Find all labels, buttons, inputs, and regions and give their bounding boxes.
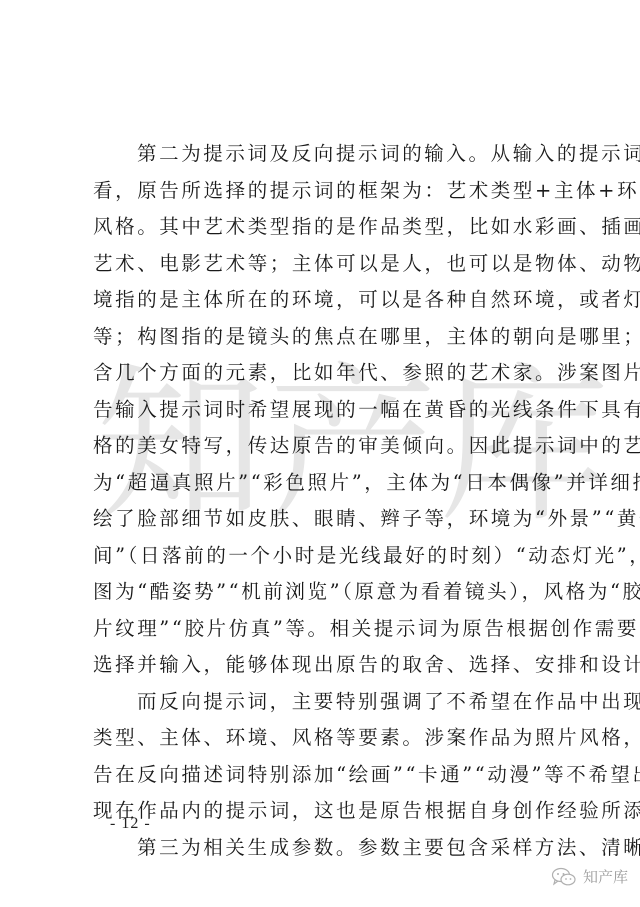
text-line: 告输入提示词时希望展现的一幅在黄昏的光线条件下具有摄影风 xyxy=(93,392,599,429)
text-line: 看，原告所选择的提示词的框架为：艺术类型+主体+环境+构图+ xyxy=(93,173,599,210)
text-line: 等；构图指的是镜头的焦点在哪里，主体的朝向是哪里；风格包 xyxy=(93,319,599,356)
text-line: 图为“酷姿势”“机前浏览”（原意为看着镜头），风格为“胶 xyxy=(93,574,599,611)
text-line: 间”（日落前的一个小时是光线最好的时刻）“动态灯光”，构 xyxy=(93,538,599,575)
paragraph-prompt-input: 第二为提示词及反向提示词的输入。从输入的提示词词汇来 看，原告所选择的提示词的框… xyxy=(93,136,603,684)
text-line: 格的美女特写，传达原告的审美倾向。因此提示词中的艺术类型 xyxy=(93,428,599,465)
document-page: 知产库 第二为提示词及反向提示词的输入。从输入的提示词词汇来 看，原告所选择的提… xyxy=(0,0,640,907)
paragraph-negative-prompt: 而反向提示词，主要特别强调了不希望在作品中出现的艺术 类型、主体、环境、风格等要… xyxy=(93,684,603,830)
text-line: 含几个方面的元素，比如年代、参照的艺术家。涉案图片中，原 xyxy=(93,355,599,392)
text-line: 境指的是主体所在的环境，可以是各种自然环境，或者灯光效果 xyxy=(93,282,599,319)
footer-brand-label: 知产库 xyxy=(583,866,628,887)
text-line: 告在反向描述词特别添加“绘画”“卡通”“动漫”等不希望出 xyxy=(93,757,599,794)
wechat-icon xyxy=(551,867,577,887)
body-text: 第二为提示词及反向提示词的输入。从输入的提示词词汇来 看，原告所选择的提示词的框… xyxy=(93,136,603,866)
text-line: 类型、主体、环境、风格等要素。涉案作品为照片风格，因此原 xyxy=(93,720,599,757)
text-line: 艺术、电影艺术等；主体可以是人，也可以是物体、动物等；环 xyxy=(93,246,599,283)
text-line: 片纹理”“胶片仿真”等。相关提示词为原告根据创作需要自行 xyxy=(93,611,599,648)
paragraph-generation-params: 第三为相关生成参数。参数主要包含采样方法、清晰度、引 xyxy=(93,830,603,867)
text-line: 第二为提示词及反向提示词的输入。从输入的提示词词汇来 xyxy=(93,136,599,173)
text-line: 第三为相关生成参数。参数主要包含采样方法、清晰度、引 xyxy=(93,830,599,867)
text-line: 选择并输入，能够体现出原告的取舍、选择、安排和设计。 xyxy=(93,647,599,684)
text-line: 而反向提示词，主要特别强调了不希望在作品中出现的艺术 xyxy=(93,684,599,721)
text-line: 风格。其中艺术类型指的是作品类型，比如水彩画、插画、像素 xyxy=(93,209,599,246)
footer-brand: 知产库 xyxy=(551,866,628,887)
text-line: 为“超逼真照片”“彩色照片”，主体为“日本偶像”并详细描 xyxy=(93,465,599,502)
text-line: 现在作品内的提示词，这也是原告根据自身创作经验所添加的。 xyxy=(93,793,599,830)
text-line: 绘了脸部细节如皮肤、眼睛、辫子等，环境为“外景”“黄金时 xyxy=(93,501,599,538)
